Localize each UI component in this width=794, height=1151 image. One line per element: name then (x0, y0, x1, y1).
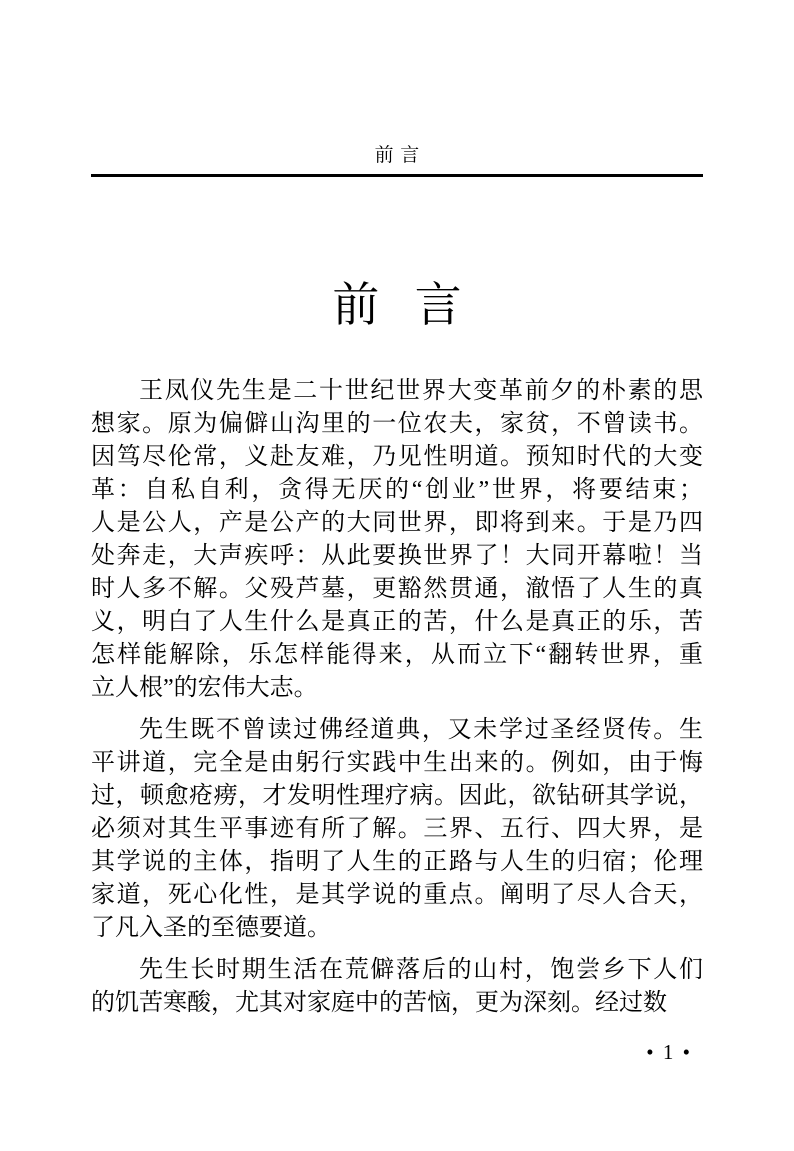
header-rule (91, 174, 703, 177)
text-line: 先生长时期生活在荒僻落后的山村，饱尝乡下人们 (91, 954, 703, 987)
paragraph: 先生既不曾读过佛经道典，又未学过圣经贤传。生平讲道，完全是由躬行实践中生出来的。… (91, 714, 703, 945)
text-line: 家道，死心化性，是其学说的重点。阐明了尽人合天， (91, 879, 703, 912)
text-line: 时人多不解。父殁芦墓，更豁然贯通，澈悟了人生的真 (91, 573, 703, 606)
paragraph: 先生长时期生活在荒僻落后的山村，饱尝乡下人们的饥苦寒酸，尤其对家庭中的苦恼，更为… (91, 954, 703, 1020)
text-line: 其学说的主体，指明了人生的正路与人生的归宿；伦理 (91, 846, 703, 879)
text-line: 先生既不曾读过佛经道典，又未学过圣经贤传。生 (91, 714, 703, 747)
book-page: 前言 前 言 王凤仪先生是二十世纪世界大变革前夕的朴素的思想家。原为偏僻山沟里的… (0, 0, 794, 1151)
text-line: 因笃尽伦常，义赴友难，乃见性明道。预知时代的大变 (91, 441, 703, 474)
text-line: 处奔走，大声疾呼：从此要换世界了！大同开幕啦！当 (91, 540, 703, 573)
body-text: 王凤仪先生是二十世纪世界大变革前夕的朴素的思想家。原为偏僻山沟里的一位农夫，家贫… (91, 375, 703, 1020)
text-line: 怎样能解除，乐怎样能得来，从而立下“翻转世界，重 (91, 639, 703, 672)
text-line: 人是公人，产是公产的大同世界，即将到来。于是乃四 (91, 507, 703, 540)
text-line: 义，明白了人生什么是真正的苦，什么是真正的乐，苦 (91, 606, 703, 639)
text-line: 想家。原为偏僻山沟里的一位农夫，家贫，不曾读书。 (91, 408, 703, 441)
text-line: 立人根”的宏伟大志。 (91, 672, 703, 705)
chapter-title: 前 言 (0, 283, 794, 330)
text-line: 平讲道，完全是由躬行实践中生出来的。例如，由于悔 (91, 747, 703, 780)
text-line: 过，顿愈疮痨，才发明性理疗病。因此，欲钻研其学说， (91, 780, 703, 813)
page-number: • 1 • (91, 1040, 703, 1065)
text-line: 了凡入圣的至德要道。 (91, 912, 703, 945)
text-line: 革：自私自利，贪得无厌的“创业”世界，将要结束； (91, 474, 703, 507)
paragraph: 王凤仪先生是二十世纪世界大变革前夕的朴素的思想家。原为偏僻山沟里的一位农夫，家贫… (91, 375, 703, 705)
text-line: 必须对其生平事迹有所了解。三界、五行、四大界，是 (91, 813, 703, 846)
running-header: 前言 (91, 146, 703, 167)
text-line: 的饥苦寒酸，尤其对家庭中的苦恼，更为深刻。经过数 (91, 987, 703, 1020)
text-line: 王凤仪先生是二十世纪世界大变革前夕的朴素的思 (91, 375, 703, 408)
